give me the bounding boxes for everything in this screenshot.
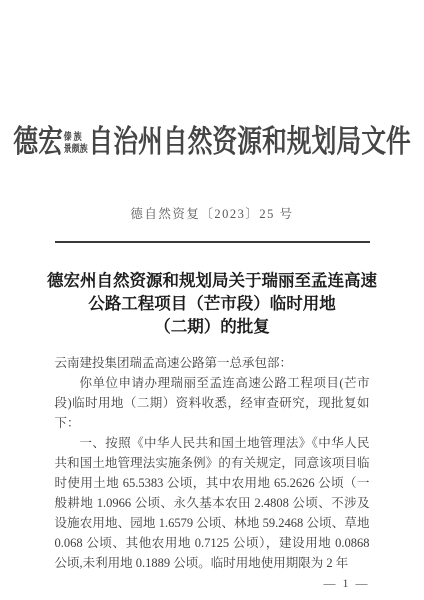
title-line: 德宏州自然资源和规划局关于瑞丽至孟连高速	[0, 269, 424, 292]
ethnic-name-bottom: 景颇族	[64, 144, 88, 156]
ethnic-name-top: 傣 族	[64, 132, 88, 144]
document-page: 德宏 傣 族 景颇族 自治州自然资源和规划局文件 德自然资复〔2023〕25 号…	[0, 0, 424, 600]
title-line: 公路工程项目（芒市段）临时用地	[0, 292, 424, 315]
org-name-prefix: 德宏	[13, 126, 63, 157]
org-name-suffix: 自治州自然资源和规划局文件	[88, 126, 410, 157]
header-divider-line	[55, 241, 370, 243]
document-body: 云南建投集团瑞孟高速公路第一总承包部： 你单位申请办理瑞丽至孟连高速公路工程项目…	[55, 353, 370, 573]
body-paragraph: 你单位申请办理瑞丽至孟连高速公路工程项目(芒市段)临时用地（二期）资料收悉，经审…	[55, 373, 370, 433]
title-line: （二期）的批复	[0, 315, 424, 338]
page-number: — 1 —	[55, 576, 370, 591]
body-paragraph: 一、按照《中华人民共和国土地管理法》《中华人民共和国土地管理法实施条例》的有关规…	[55, 433, 370, 573]
addressee-line: 云南建投集团瑞孟高速公路第一总承包部：	[55, 353, 370, 373]
letterhead: 德宏 傣 族 景颇族 自治州自然资源和规划局文件	[42, 118, 381, 164]
document-title: 德宏州自然资源和规划局关于瑞丽至孟连高速 公路工程项目（芒市段）临时用地 （二期…	[0, 269, 424, 338]
document-number: 德自然资复〔2023〕25 号	[0, 206, 424, 222]
ethnic-names-stack: 傣 族 景颇族	[64, 132, 88, 156]
